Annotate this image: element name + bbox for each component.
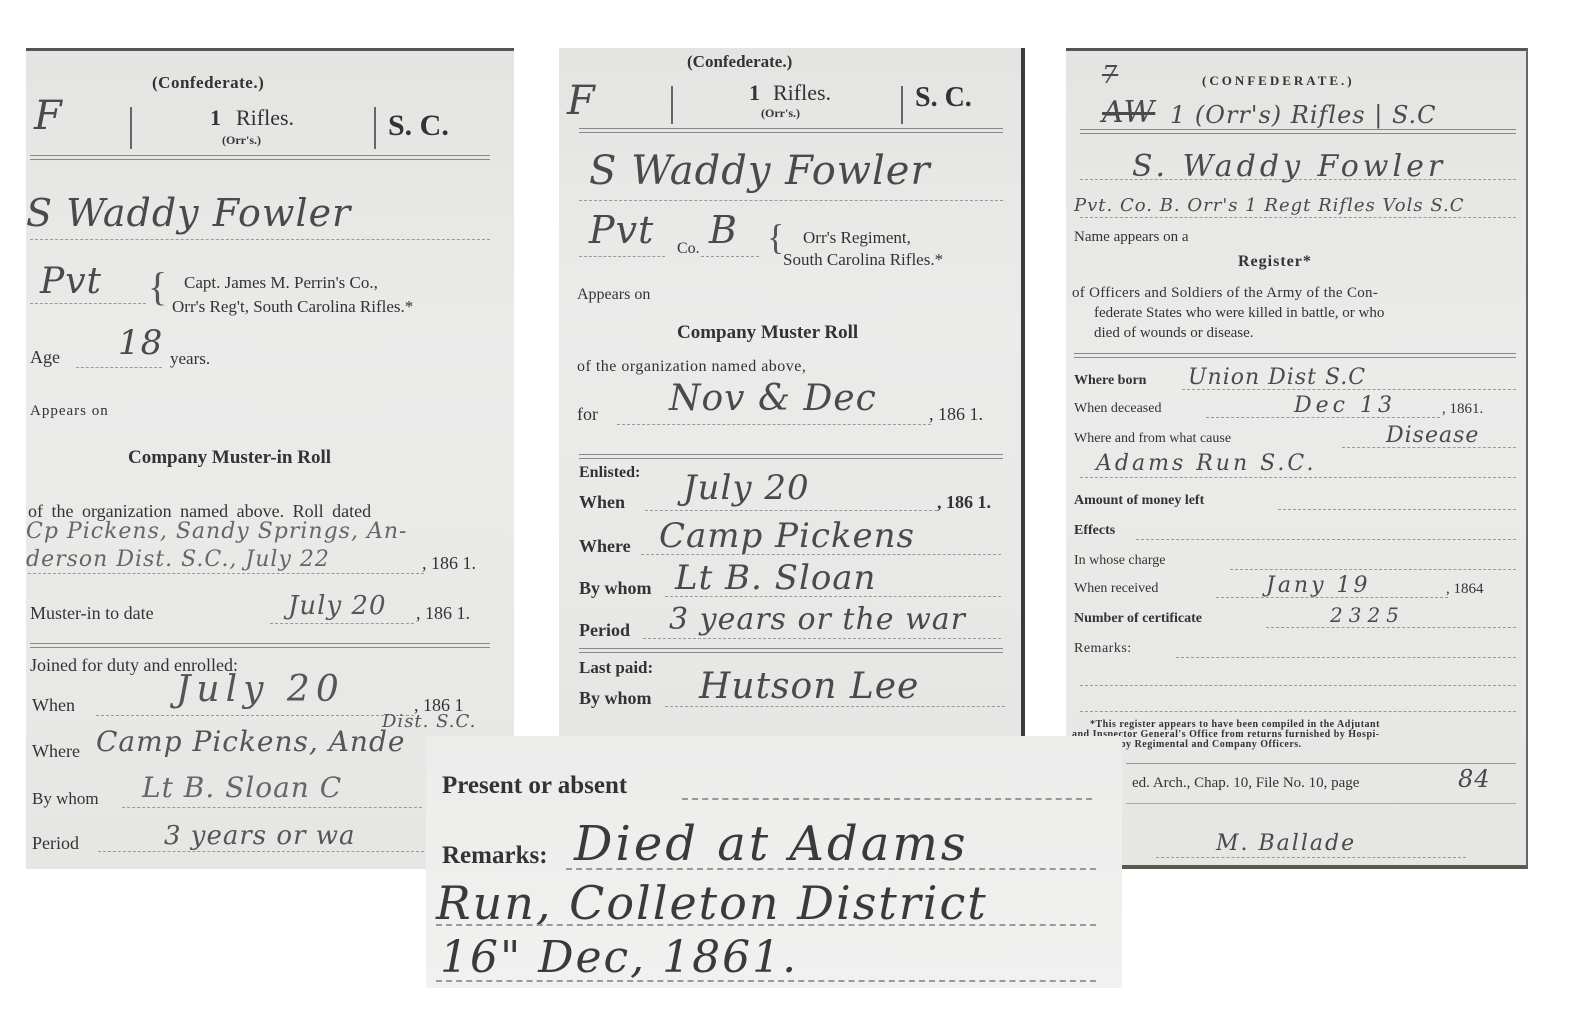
unit-subtitle: (Orr's.) bbox=[222, 133, 261, 148]
soldier-name: S Waddy Fowler bbox=[589, 148, 931, 194]
footer-rule bbox=[1126, 763, 1516, 764]
unit-number: 1 bbox=[210, 105, 221, 131]
muster-roll-card: (Confederate.) F 1 Rifles. (Orr's.) S. C… bbox=[559, 48, 1025, 736]
period-label: Period bbox=[32, 833, 79, 854]
remarks-rule-2 bbox=[436, 924, 1096, 926]
co-line bbox=[701, 256, 759, 257]
remarks-label: Remarks: bbox=[442, 842, 548, 870]
received-value: Jany 19 bbox=[1266, 573, 1371, 598]
page-number: 84 bbox=[1458, 765, 1491, 793]
money-line bbox=[1278, 509, 1516, 510]
rank-line bbox=[30, 303, 146, 304]
remarks-line-2: Run, Colleton District bbox=[436, 876, 988, 930]
name-line bbox=[30, 239, 490, 240]
card-heading: (CONFEDERATE.) bbox=[1202, 73, 1355, 89]
muster-label: Muster-in to date bbox=[30, 603, 154, 624]
rank-line: Pvt. Co. B. Orr's 1 Regt Rifles Vols S.C bbox=[1074, 195, 1465, 216]
when-value: July 20 bbox=[176, 669, 345, 710]
unit-line: 1 (Orr's) Rifles | S.C bbox=[1170, 101, 1437, 129]
received-line bbox=[1216, 597, 1448, 598]
muster-line bbox=[270, 623, 414, 624]
by-whom-label: By whom bbox=[579, 578, 652, 599]
roll-dated-value-1: Cp Pickens, Sandy Springs, An- bbox=[26, 519, 407, 544]
company-line-1: Capt. James M. Perrin's Co., bbox=[184, 273, 378, 293]
period-line bbox=[643, 638, 1001, 639]
roll-dated-value-2: derson Dist. S.C., July 22 bbox=[26, 547, 330, 572]
card-heading: (Confederate.) bbox=[152, 73, 264, 93]
received-label: When received bbox=[1074, 581, 1158, 597]
roll-title: Company Muster-in Roll bbox=[128, 447, 331, 469]
when-value: July 20 bbox=[683, 468, 810, 508]
roll-dated-year: , 186 1. bbox=[422, 553, 476, 574]
by-whom-label: By whom bbox=[32, 789, 99, 809]
period-line bbox=[98, 851, 424, 852]
name-line bbox=[1080, 179, 1516, 180]
remarks-label: Remarks: bbox=[1074, 641, 1132, 657]
for-label: for bbox=[577, 404, 598, 425]
brace: { bbox=[148, 263, 167, 310]
when-deceased-label: When deceased bbox=[1074, 401, 1161, 417]
where-born-value: Union Dist S.C bbox=[1188, 365, 1366, 390]
cause-value-2: Adams Run S.C. bbox=[1096, 451, 1316, 476]
effects-label: Effects bbox=[1074, 523, 1115, 539]
charge-label: In whose charge bbox=[1074, 553, 1166, 569]
remarks-line-2 bbox=[1080, 685, 1516, 686]
age-value: 18 bbox=[118, 323, 163, 363]
by-whom-value: Lt B. Sloan C bbox=[142, 771, 342, 804]
when-label: When bbox=[579, 492, 625, 513]
for-value: Nov & Dec bbox=[669, 378, 877, 419]
register-title: Register* bbox=[1238, 253, 1312, 271]
last-paid-by-value: Hutson Lee bbox=[699, 666, 919, 707]
last-paid-label: Last paid: bbox=[579, 658, 653, 678]
struck-letter: AW bbox=[1102, 95, 1155, 130]
where-line bbox=[641, 554, 1001, 555]
remarks-card: Present or absent Remarks: Died at Adams… bbox=[426, 736, 1122, 988]
age-label: Age bbox=[30, 347, 60, 368]
company-letter: F bbox=[567, 78, 596, 124]
unit-name: Rifles. bbox=[773, 80, 831, 106]
register-card: 7 (CONFEDERATE.) AW 1 (Orr's) Rifles | S… bbox=[1066, 48, 1528, 869]
remarks-rule-1 bbox=[566, 868, 1096, 870]
period-value: 3 years or the war bbox=[669, 602, 966, 637]
where-value: Camp Pickens, Ande bbox=[96, 725, 405, 758]
divider bbox=[130, 107, 132, 149]
footnote-3: by Regimental and Company Officers. bbox=[1120, 739, 1302, 750]
present-line bbox=[682, 798, 1092, 800]
certificate-label: Number of certificate bbox=[1074, 611, 1202, 627]
appears-on-label: Appears on bbox=[30, 403, 109, 420]
header-rule bbox=[30, 155, 490, 160]
soldier-name: S Waddy Fowler bbox=[26, 191, 351, 235]
unit-number: 1 bbox=[749, 80, 760, 106]
company-letter: F bbox=[34, 93, 63, 139]
regiment-line-2: South Carolina Rifles.* bbox=[783, 250, 943, 270]
section-rule bbox=[579, 454, 1003, 459]
footer-rule bbox=[1126, 803, 1516, 804]
by-whom-line bbox=[122, 807, 422, 808]
where-value: Camp Pickens bbox=[659, 516, 915, 556]
muster-year: , 186 1. bbox=[416, 603, 470, 624]
divider bbox=[374, 107, 376, 149]
when-line bbox=[645, 510, 937, 511]
certificate-value: 2325 bbox=[1330, 603, 1405, 627]
divider bbox=[671, 86, 673, 124]
where-label: Where bbox=[579, 536, 631, 557]
rank: Pvt bbox=[40, 261, 102, 302]
copyist-signature: M. Ballade bbox=[1216, 831, 1356, 856]
archive-reference: ed. Arch., Chap. 10, File No. 10, page bbox=[1132, 775, 1359, 792]
period-value: 3 years or wa bbox=[164, 821, 356, 851]
muster-value: July 20 bbox=[288, 591, 387, 621]
rank-line bbox=[579, 256, 665, 257]
for-year: , 186 1. bbox=[929, 404, 983, 425]
state: S. C. bbox=[388, 109, 449, 143]
co-value: B bbox=[709, 208, 738, 252]
copyist-line bbox=[1156, 857, 1466, 858]
state: S. C. bbox=[915, 82, 972, 114]
last-paid-line bbox=[665, 706, 1005, 707]
money-label: Amount of money left bbox=[1074, 493, 1204, 509]
when-year: , 186 1. bbox=[937, 492, 991, 513]
period-label: Period bbox=[579, 620, 630, 641]
cause-value: Disease bbox=[1386, 423, 1479, 448]
when-deceased-value: Dec 13 bbox=[1294, 393, 1396, 418]
when-deceased-year: , 1861. bbox=[1442, 401, 1483, 418]
header-rule bbox=[1080, 129, 1516, 134]
register-desc-2: federate States who were killed in battl… bbox=[1094, 305, 1384, 322]
unit-subtitle: (Orr's.) bbox=[761, 106, 800, 121]
by-whom-line bbox=[665, 596, 1001, 597]
section-rule bbox=[579, 648, 1003, 653]
section-rule bbox=[1074, 353, 1516, 358]
enlisted-label: Enlisted: bbox=[579, 464, 640, 482]
unit-name: Rifles. bbox=[236, 105, 294, 131]
regiment-line-1: Orr's Regiment, bbox=[803, 228, 911, 248]
by-whom-value: Lt B. Sloan bbox=[675, 558, 876, 598]
when-line bbox=[96, 715, 414, 716]
company-line-2: Orr's Reg't, South Carolina Rifles.* bbox=[172, 297, 413, 317]
remarks-line-1: Died at Adams bbox=[574, 816, 969, 872]
header-rule bbox=[579, 128, 1003, 133]
brace: { bbox=[767, 216, 784, 258]
roll-dated-line bbox=[28, 573, 424, 574]
cause-line bbox=[1342, 447, 1516, 448]
org-label: of the organization named above, bbox=[577, 358, 806, 376]
remarks-rule-3 bbox=[436, 980, 1096, 982]
last-paid-by-label: By whom bbox=[579, 688, 652, 709]
charge-line bbox=[1230, 569, 1516, 570]
register-desc-1: of Officers and Soldiers of the Army of … bbox=[1072, 285, 1378, 302]
rank-rule bbox=[1080, 217, 1516, 218]
remarks-line-3 bbox=[1080, 711, 1516, 712]
where-born-line bbox=[1182, 389, 1516, 390]
age-suffix: years. bbox=[170, 349, 210, 369]
appears-on-label: Appears on bbox=[577, 286, 650, 304]
roll-title: Company Muster Roll bbox=[677, 322, 858, 344]
rank: Pvt bbox=[589, 208, 654, 252]
remarks-line-1 bbox=[1176, 657, 1516, 658]
remarks-line-3: 16" Dec, 1861. bbox=[440, 932, 798, 983]
register-desc-3: died of wounds or disease. bbox=[1094, 325, 1254, 342]
effects-line bbox=[1136, 539, 1516, 540]
age-line bbox=[76, 367, 162, 368]
certificate-line bbox=[1266, 627, 1516, 628]
when-deceased-line bbox=[1206, 417, 1440, 418]
where-born-label: Where born bbox=[1074, 373, 1146, 389]
received-year: , 1864 bbox=[1446, 581, 1484, 598]
name-line bbox=[579, 200, 1003, 201]
present-label: Present or absent bbox=[442, 772, 627, 800]
cause-line-2 bbox=[1080, 477, 1516, 478]
for-line bbox=[617, 424, 931, 425]
when-label: When bbox=[32, 695, 75, 716]
where-label: Where bbox=[32, 741, 80, 762]
cause-label: Where and from what cause bbox=[1074, 431, 1231, 447]
section-rule bbox=[30, 643, 490, 648]
co-label: Co. bbox=[677, 240, 700, 258]
name-appears-label: Name appears on a bbox=[1074, 229, 1189, 246]
corner-number: 7 bbox=[1102, 61, 1118, 89]
divider bbox=[901, 86, 903, 124]
card-heading: (Confederate.) bbox=[687, 52, 792, 72]
